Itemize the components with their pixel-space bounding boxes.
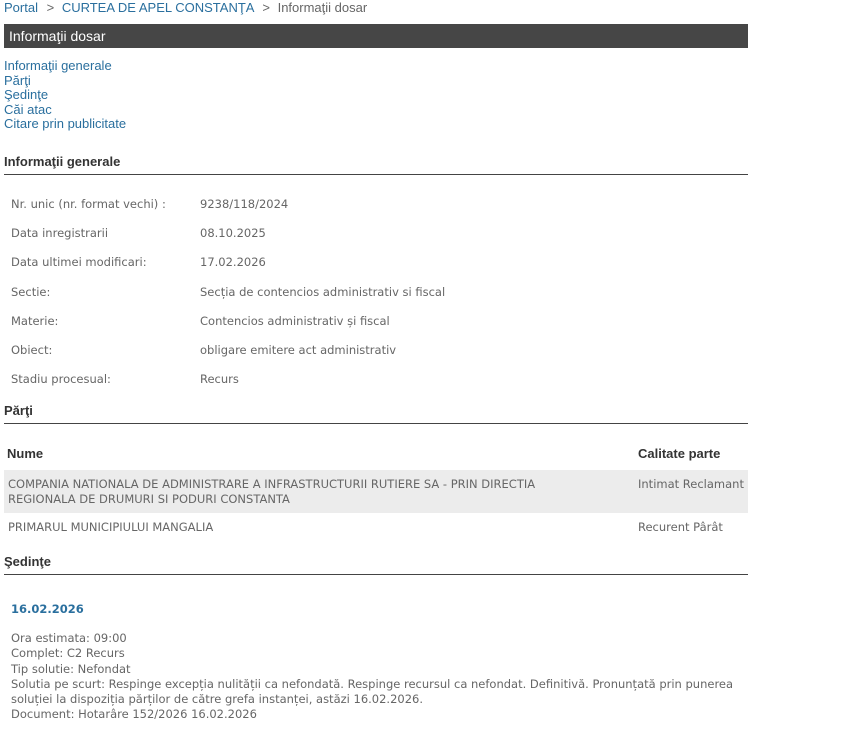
party-role: Recurent Pârât: [638, 520, 748, 535]
nav-link-sedinte[interactable]: Şedinţe: [4, 88, 748, 103]
page-title-bar: Informaţii dosar: [4, 24, 748, 48]
general-info-heading: Informaţii generale: [4, 154, 748, 175]
parti-table: Nume Calitate parte COMPANIA NATIONALA D…: [4, 446, 748, 541]
hearing-document: Document: Hotarâre 152/2026 16.02.2026: [11, 707, 748, 722]
sedinte-heading: Şedinţe: [4, 554, 748, 575]
parti-table-header: Nume Calitate parte: [4, 446, 748, 470]
hearing-solution-type: Tip solutie: Nefondat: [11, 662, 748, 677]
column-header-nume: Nume: [4, 446, 638, 470]
nav-link-informatii-generale[interactable]: Informaţii generale: [4, 59, 748, 74]
info-value: obligare emitere act administrativ: [200, 343, 748, 372]
info-value: 08.10.2025: [200, 226, 748, 255]
info-row: Materie:Contencios administrativ și fisc…: [4, 314, 748, 343]
section-nav: Informaţii generale Părţi Şedinţe Căi at…: [4, 59, 748, 132]
parti-heading: Părţi: [4, 403, 748, 424]
info-label: Nr. unic (nr. format vechi) :: [4, 197, 200, 226]
hearing-time: Ora estimata: 09:00: [11, 631, 748, 646]
info-row: Data ultimei modificari:17.02.2026: [4, 255, 748, 284]
info-row: Data inregistrarii08.10.2025: [4, 226, 748, 255]
breadcrumb-portal-link[interactable]: Portal: [4, 0, 38, 15]
party-name: COMPANIA NATIONALA DE ADMINISTRARE A INF…: [4, 477, 638, 507]
info-row: Stadiu procesual:Recurs: [4, 372, 748, 401]
info-row: Sectie:Secția de contencios administrati…: [4, 285, 748, 314]
breadcrumb-court-link[interactable]: CURTEA DE APEL CONSTANŢA: [62, 0, 254, 15]
info-label: Data inregistrarii: [4, 226, 200, 255]
info-label: Stadiu procesual:: [4, 372, 200, 401]
hearing-panel: Complet: C2 Recurs: [11, 646, 748, 661]
info-value: 9238/118/2024: [200, 197, 748, 226]
breadcrumb-current: Informaţii dosar: [278, 0, 368, 15]
party-name: PRIMARUL MUNICIPIULUI MANGALIA: [4, 520, 638, 535]
party-role: Intimat Reclamant: [638, 477, 748, 507]
nav-link-citare-prin-publicitate[interactable]: Citare prin publicitate: [4, 117, 748, 132]
info-value: Recurs: [200, 372, 748, 401]
table-row: COMPANIA NATIONALA DE ADMINISTRARE A INF…: [4, 470, 748, 513]
info-row: Obiect:obligare emitere act administrati…: [4, 343, 748, 372]
info-label: Obiect:: [4, 343, 200, 372]
hearing-date: 16.02.2026: [11, 602, 748, 616]
info-row: Nr. unic (nr. format vechi) :9238/118/20…: [4, 197, 748, 226]
hearing-details: Ora estimata: 09:00 Complet: C2 Recurs T…: [11, 631, 748, 722]
page-content: Portal > CURTEA DE APEL CONSTANŢA > Info…: [4, 0, 748, 723]
breadcrumb: Portal > CURTEA DE APEL CONSTANŢA > Info…: [4, 0, 748, 16]
info-value: Secția de contencios administrativ si fi…: [200, 285, 748, 314]
breadcrumb-separator: >: [47, 0, 55, 15]
info-label: Sectie:: [4, 285, 200, 314]
breadcrumb-separator: >: [262, 0, 270, 15]
general-info-table: Nr. unic (nr. format vechi) :9238/118/20…: [4, 197, 748, 401]
column-header-calitate: Calitate parte: [638, 446, 748, 470]
info-value: Contencios administrativ și fiscal: [200, 314, 748, 343]
info-label: Materie:: [4, 314, 200, 343]
info-value: 17.02.2026: [200, 255, 748, 284]
table-row: PRIMARUL MUNICIPIULUI MANGALIA Recurent …: [4, 513, 748, 541]
hearing-solution-summary: Solutia pe scurt: Respinge excepția nuli…: [11, 677, 748, 707]
nav-link-parti[interactable]: Părţi: [4, 74, 748, 89]
nav-link-cai-atac[interactable]: Căi atac: [4, 103, 748, 118]
info-label: Data ultimei modificari:: [4, 255, 200, 284]
